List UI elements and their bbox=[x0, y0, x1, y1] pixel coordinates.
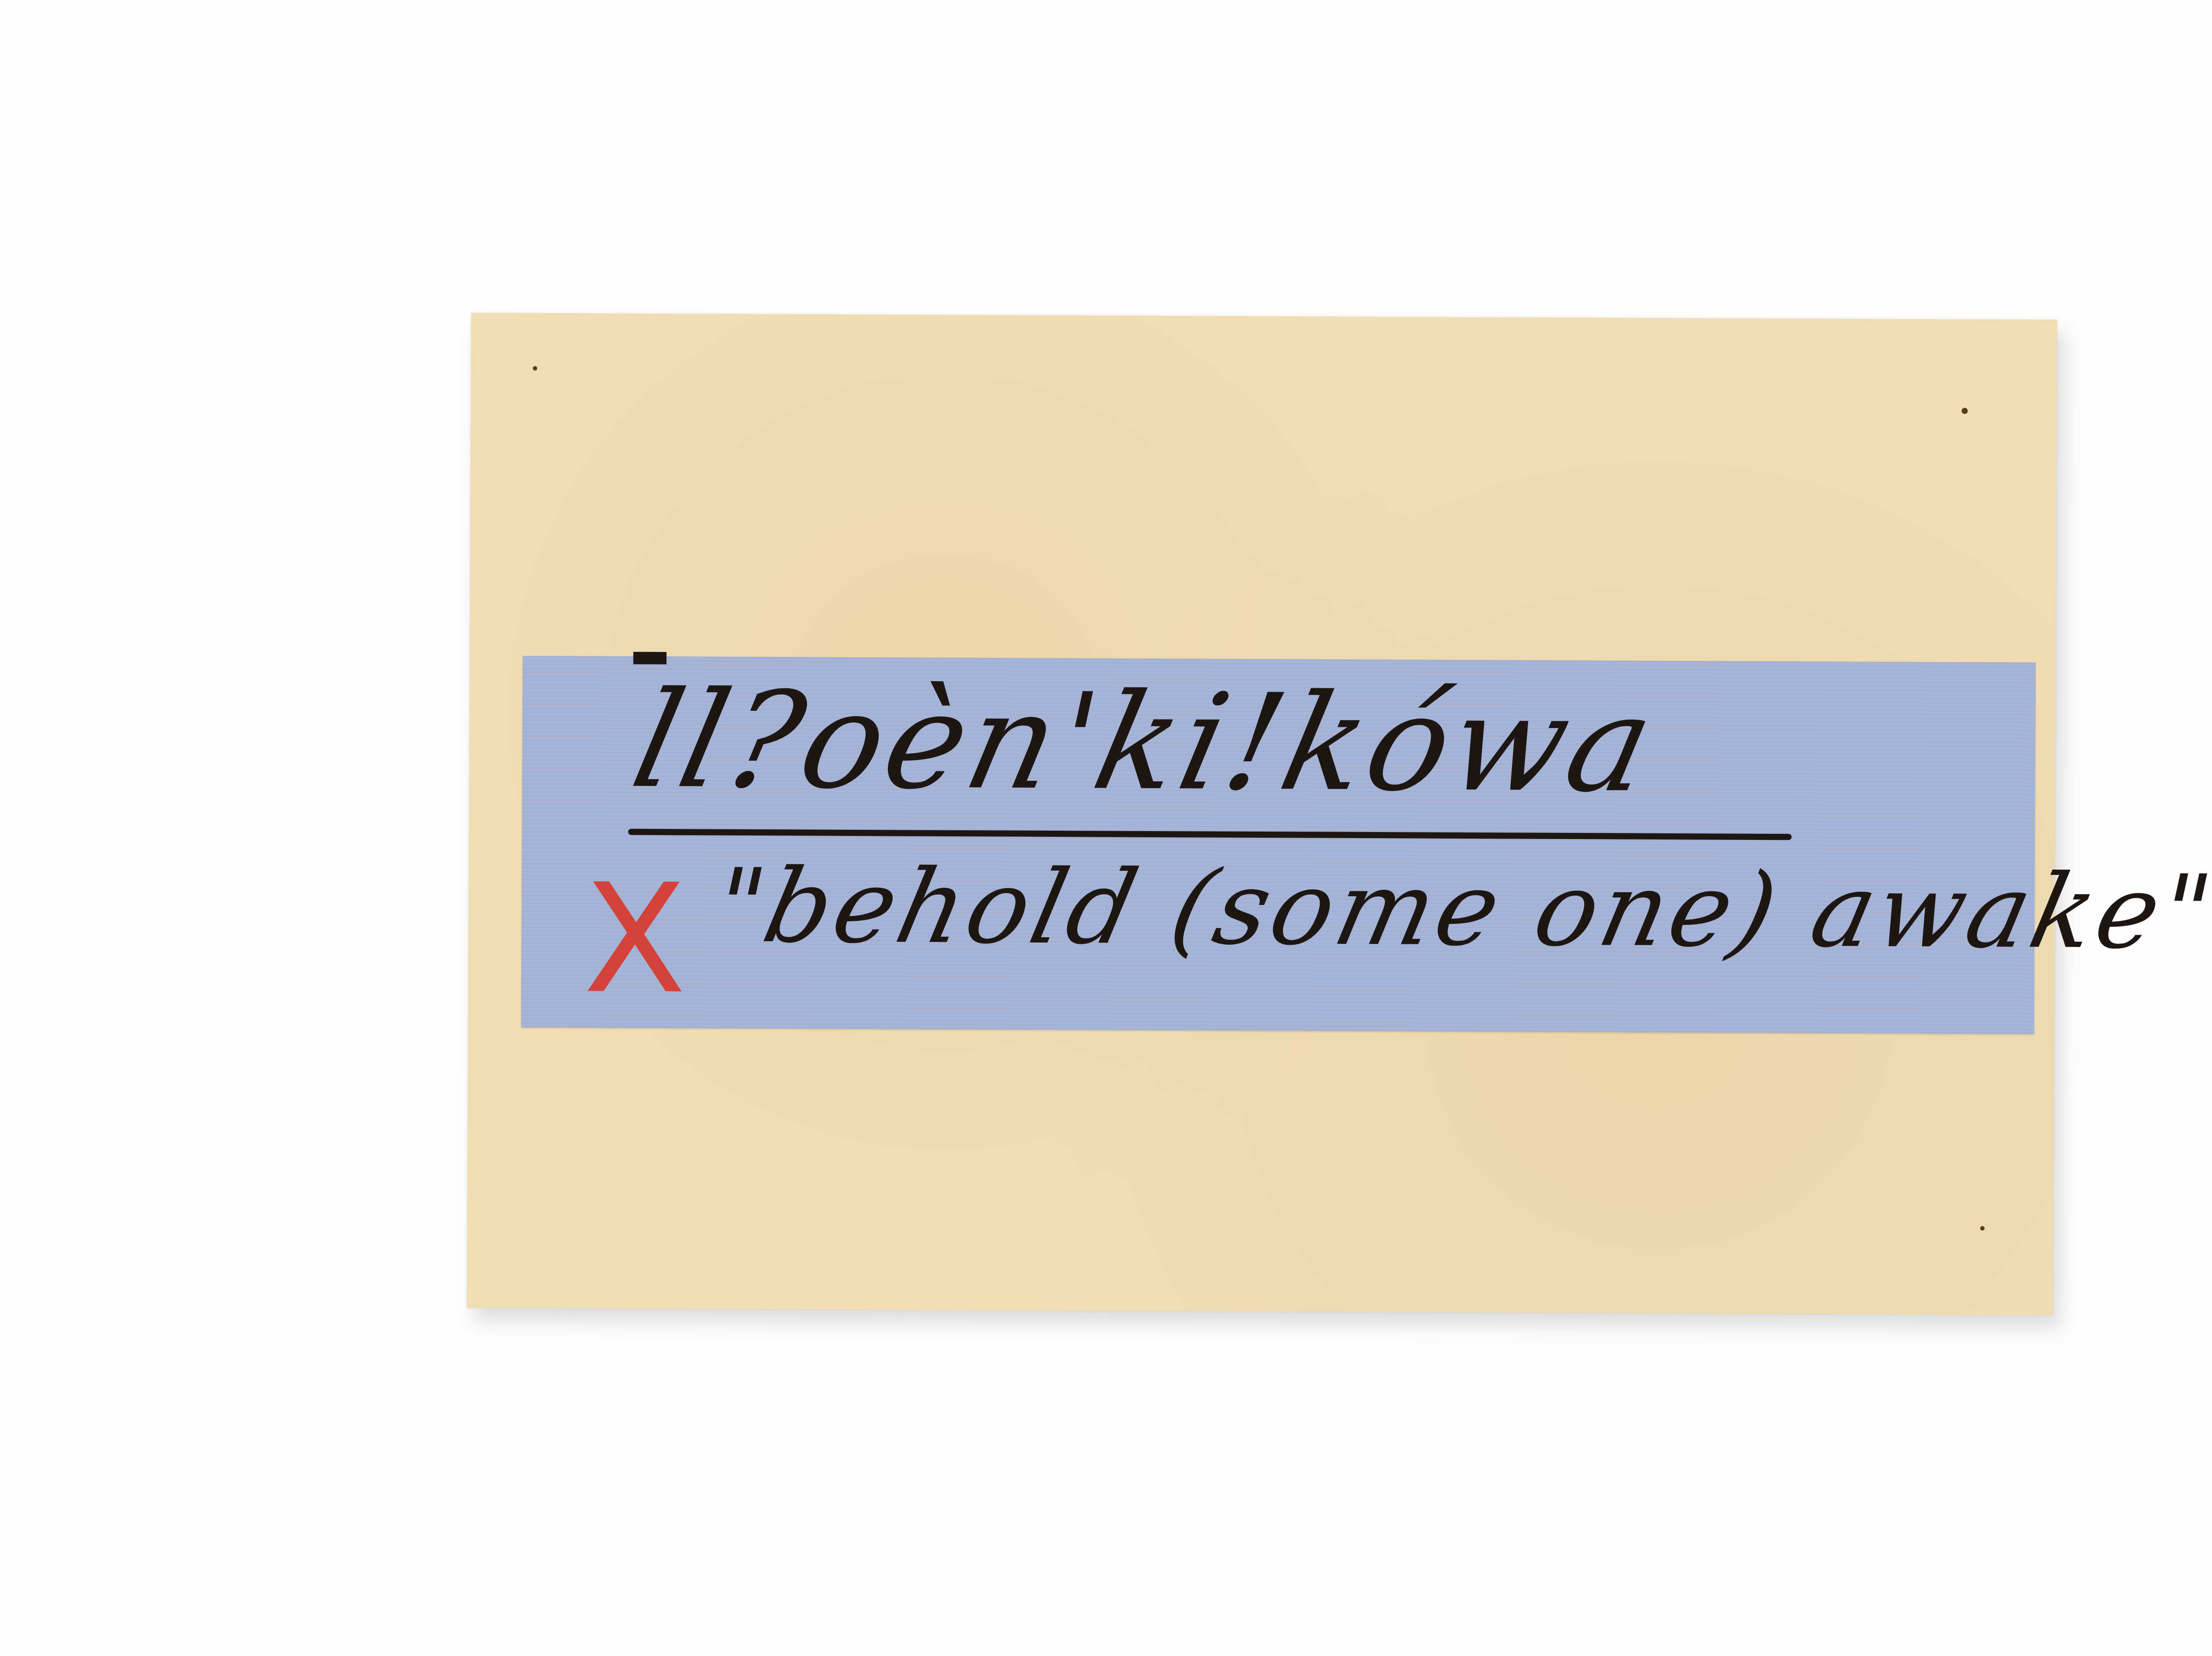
gloss-text: "behold (some one) awake" 865, 17. bbox=[705, 856, 2212, 966]
headword-underline bbox=[628, 829, 1792, 840]
paper-speck bbox=[1962, 408, 1968, 414]
headword-text: ll?oèn'ki!kówa bbox=[623, 674, 1667, 811]
paper-speck bbox=[533, 366, 537, 371]
blue-paper-slip: ll?oèn'ki!kówa X "behold (some one) awak… bbox=[521, 656, 2036, 1034]
red-cross-mark: X bbox=[583, 864, 687, 1015]
ink-blot bbox=[633, 652, 666, 664]
archival-card: ll?oèn'ki!kówa X "behold (some one) awak… bbox=[467, 313, 2057, 1315]
paper-speck bbox=[1980, 1226, 1985, 1230]
